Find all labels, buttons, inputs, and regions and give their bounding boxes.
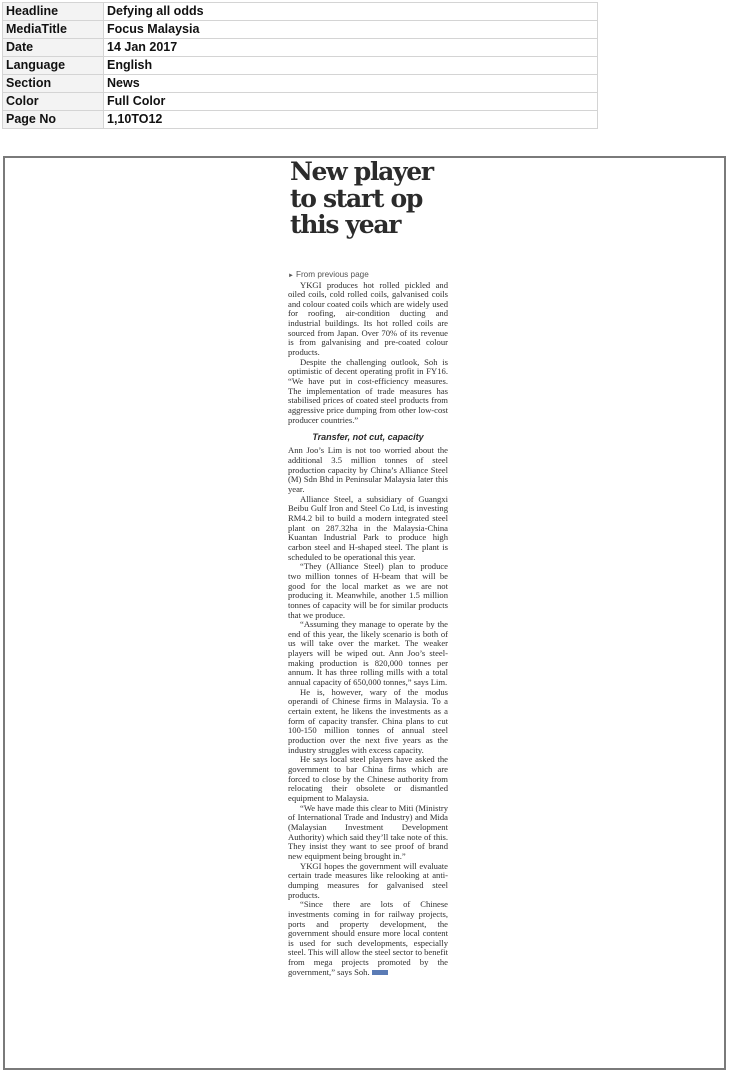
article-clipping: New player to start op this year ►From p… <box>288 157 448 977</box>
triangle-right-icon: ► <box>288 273 294 279</box>
metadata-label: Date <box>3 39 104 57</box>
paragraph: “They (Alliance Steel) plan to produce t… <box>288 562 448 620</box>
metadata-row-section: Section News <box>3 75 598 93</box>
metadata-label: MediaTitle <box>3 21 104 39</box>
metadata-value: Full Color <box>104 93 598 111</box>
metadata-value: English <box>104 57 598 75</box>
metadata-label: Color <box>3 93 104 111</box>
metadata-value: 14 Jan 2017 <box>104 39 598 57</box>
article-subheading: Transfer, not cut, capacity <box>288 432 448 443</box>
article-body-intro: YKGI produces hot rolled pickled and oil… <box>288 281 448 426</box>
paragraph: “We have made this clear to Miti (Minist… <box>288 804 448 862</box>
end-of-article-marker-icon <box>372 970 388 975</box>
paragraph: Ann Joo’s Lim is not too worried about t… <box>288 446 448 494</box>
continuation-marker: ►From previous page <box>288 270 448 281</box>
paragraph: YKGI produces hot rolled pickled and oil… <box>288 281 448 358</box>
metadata-label: Section <box>3 75 104 93</box>
metadata-row-date: Date 14 Jan 2017 <box>3 39 598 57</box>
article-body-main: Ann Joo’s Lim is not too worried about t… <box>288 446 448 977</box>
metadata-row-headline: Headline Defying all odds <box>3 3 598 21</box>
metadata-value: 1,10TO12 <box>104 111 598 129</box>
metadata-row-mediatitle: MediaTitle Focus Malaysia <box>3 21 598 39</box>
metadata-value: Focus Malaysia <box>104 21 598 39</box>
paragraph: He is, however, wary of the modus operan… <box>288 688 448 756</box>
paragraph: Alliance Steel, a subsidiary of Guangxi … <box>288 495 448 563</box>
metadata-value: Defying all odds <box>104 3 598 21</box>
metadata-row-language: Language English <box>3 57 598 75</box>
metadata-row-page-no: Page No 1,10TO12 <box>3 111 598 129</box>
paragraph: Despite the challenging outlook, Soh is … <box>288 358 448 426</box>
paragraph: He says local steel players have asked t… <box>288 755 448 803</box>
metadata-table: Headline Defying all odds MediaTitle Foc… <box>2 2 598 129</box>
paragraph: YKGI hopes the government will evaluate … <box>288 862 448 901</box>
metadata-value: News <box>104 75 598 93</box>
metadata-label: Headline <box>3 3 104 21</box>
article-headline: New player to start op this year <box>290 159 450 239</box>
paragraph-last: “Since there are lots of Chinese investm… <box>288 900 448 977</box>
metadata-label: Page No <box>3 111 104 129</box>
continuation-text: From previous page <box>296 270 369 279</box>
paragraph-text: “Since there are lots of Chinese investm… <box>288 899 448 977</box>
metadata-row-color: Color Full Color <box>3 93 598 111</box>
metadata-label: Language <box>3 57 104 75</box>
paragraph: “Assuming they manage to operate by the … <box>288 620 448 688</box>
